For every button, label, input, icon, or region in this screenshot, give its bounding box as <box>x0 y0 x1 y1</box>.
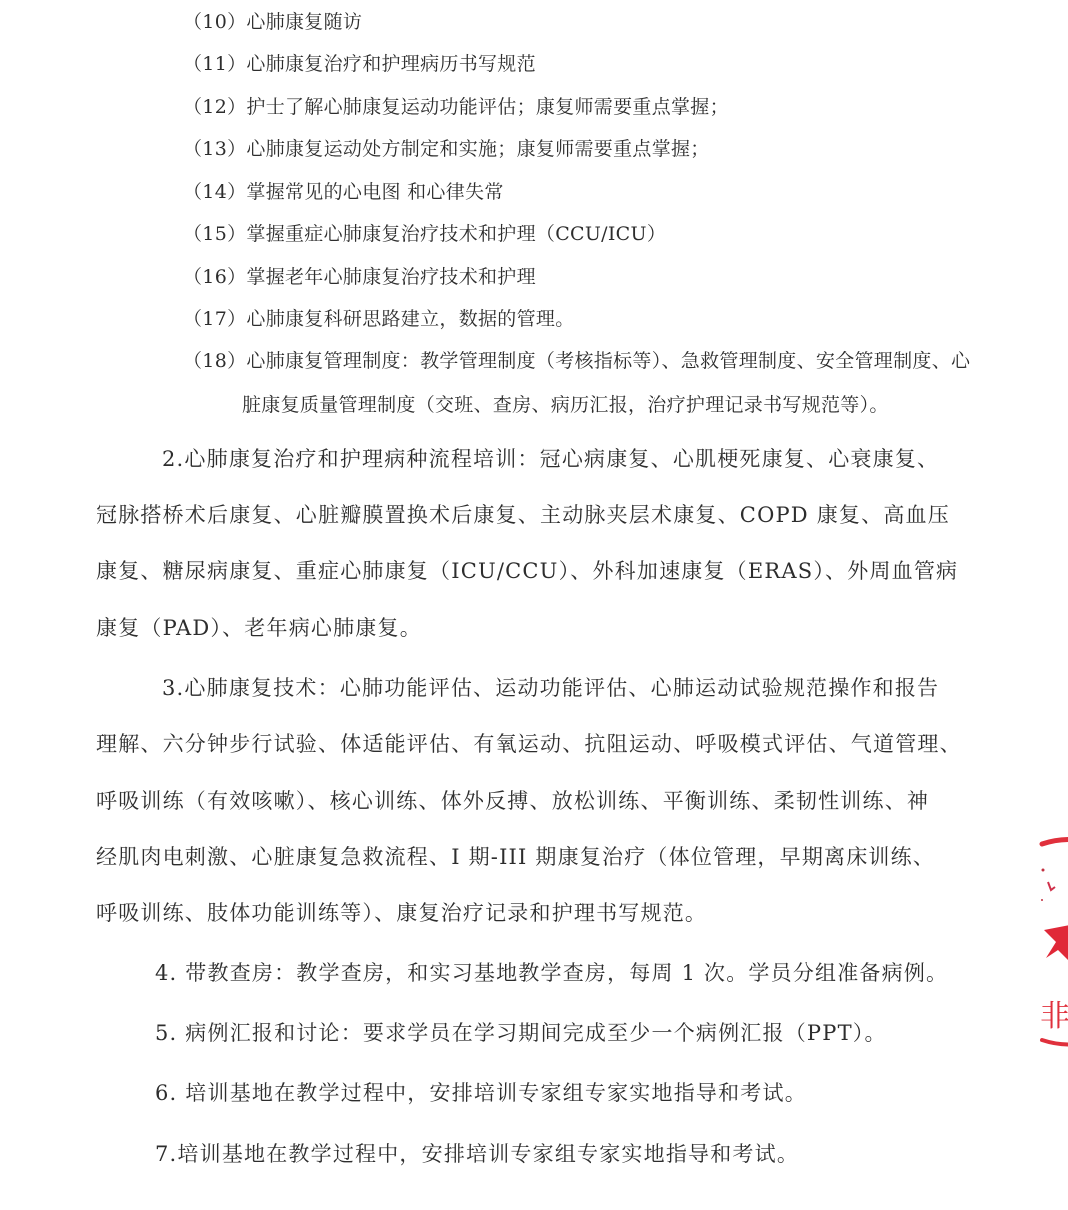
section-3-line-1: 3.心肺康复技术：心肺功能评估、运动功能评估、心肺运动试验规范操作和报告 <box>162 674 939 702</box>
item-number: （14） <box>183 181 246 203</box>
sub-item-14: （14）掌握常见的心电图 和心律失常 <box>183 179 504 205</box>
sub-item-18-continuation: 脏康复质量管理制度（交班、查房、病历汇报，治疗护理记录书写规范等）。 <box>242 392 889 418</box>
sub-item-15: （15）掌握重症心肺康复治疗技术和护理（CCU/ICU） <box>183 221 666 247</box>
section-3-line-3: 呼吸训练（有效咳嗽）、核心训练、体外反搏、放松训练、平衡训练、柔韧性训练、神 <box>96 787 929 815</box>
sub-item-10: （10）心肺康复随访 <box>183 9 362 35</box>
section-3-line-4: 经肌肉电刺激、心脏康复急救流程、I 期-III 期康复治疗（体位管理，早期离床训… <box>96 843 935 871</box>
section-5: 5. 病例汇报和讨论：要求学员在学习期间完成至少一个病例汇报（PPT）。 <box>155 1019 887 1047</box>
sub-item-17: （17）心肺康复科研思路建立，数据的管理。 <box>183 306 575 332</box>
item-text: 掌握重症心肺康复治疗技术和护理（CCU/ICU） <box>246 223 666 245</box>
item-text: 心肺康复随访 <box>246 11 362 33</box>
section-3-line-2: 理解、六分钟步行试验、体适能评估、有氧运动、抗阻运动、呼吸模式评估、气道管理、 <box>96 730 962 758</box>
section-2-line-2: 冠脉搭桥术后康复、心脏瓣膜置换术后康复、主动脉夹层术康复、COPD 康复、高血压 <box>96 501 950 529</box>
item-text: 心肺康复科研思路建立，数据的管理。 <box>246 308 574 330</box>
item-number: （16） <box>183 266 246 288</box>
sub-item-11: （11）心肺康复治疗和护理病历书写规范 <box>183 51 536 77</box>
item-text: 心肺康复运动处方制定和实施；康复师需要重点掌握； <box>246 138 709 160</box>
item-number: （12） <box>183 96 246 118</box>
section-6: 6. 培训基地在教学过程中，安排培训专家组专家实地指导和考试。 <box>155 1079 807 1107</box>
sub-item-16: （16）掌握老年心肺康复治疗技术和护理 <box>183 264 536 290</box>
item-number: （11） <box>183 53 246 75</box>
section-3-line-5: 呼吸训练、肢体功能训练等）、康复治疗记录和护理书写规范。 <box>96 899 707 927</box>
item-text: 掌握老年心肺康复治疗技术和护理 <box>246 266 536 288</box>
svg-text:非: 非 <box>1040 999 1068 1034</box>
section-7: 7.培训基地在教学过程中，安排培训专家组专家实地指导和考试。 <box>155 1140 799 1168</box>
section-2-line-4: 康复（PAD）、老年病心肺康复。 <box>96 614 422 642</box>
section-4: 4. 带教查房：教学查房，和实习基地教学查房，每周 1 次。学员分组准备病例。 <box>155 959 948 987</box>
item-number: （18） <box>183 350 246 372</box>
red-seal-stamp-icon: 非 <box>1030 830 1068 1060</box>
sub-item-18: （18）心肺康复管理制度：教学管理制度（考核指标等）、急救管理制度、安全管理制度… <box>183 348 970 374</box>
item-text: 心肺康复治疗和护理病历书写规范 <box>246 53 536 75</box>
item-number: （10） <box>183 11 246 33</box>
section-2-line-1: 2.心肺康复治疗和护理病种流程培训：冠心病康复、心肌梗死康复、心衰康复、 <box>162 445 939 473</box>
item-text: 心肺康复管理制度：教学管理制度（考核指标等）、急救管理制度、安全管理制度、心 <box>246 350 970 372</box>
item-number: （15） <box>183 223 246 245</box>
item-text: 护士了解心肺康复运动功能评估；康复师需要重点掌握； <box>246 96 729 118</box>
item-number: （13） <box>183 138 246 160</box>
item-number: （17） <box>183 308 246 330</box>
section-2-line-3: 康复、糖尿病康复、重症心肺康复（ICU/CCU）、外科加速康复（ERAS）、外周… <box>96 557 958 585</box>
item-text: 掌握常见的心电图 和心律失常 <box>246 181 503 203</box>
sub-item-13: （13）心肺康复运动处方制定和实施；康复师需要重点掌握； <box>183 136 710 162</box>
sub-item-12: （12）护士了解心肺康复运动功能评估；康复师需要重点掌握； <box>183 94 729 120</box>
